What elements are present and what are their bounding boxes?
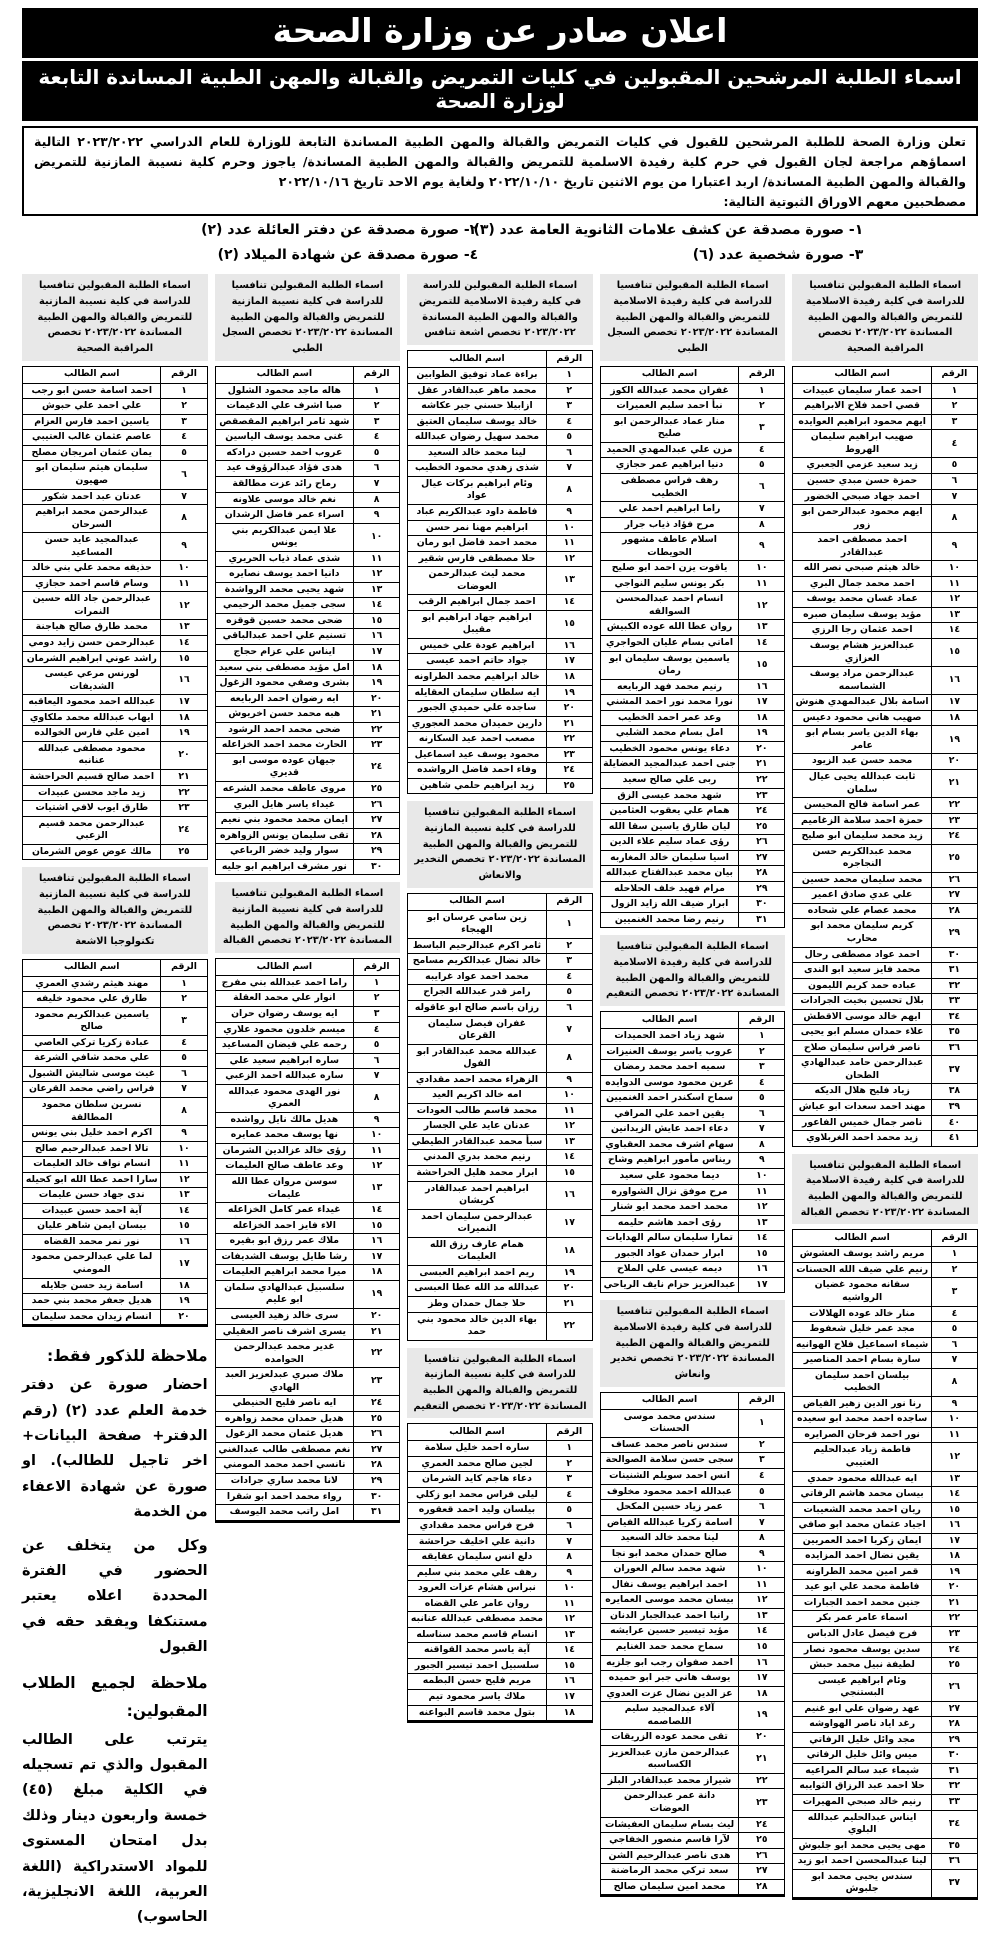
table-row: ١١احمد محمد جمال البري — [793, 576, 978, 592]
student-number: ٢٦ — [354, 797, 400, 813]
table-row: ٢٧سعد تركي محمد الرماضنة — [600, 1864, 785, 1880]
student-number: ١٦ — [546, 1181, 592, 1209]
student-name: سارا احمد عطا الله ابو كحيله — [23, 1172, 161, 1188]
student-name: اسامة بلال عبدالمهدي هنوش — [793, 695, 931, 711]
student-number: ٧ — [546, 1534, 592, 1550]
table-row: ١غفران محمد عبدالله الكوز — [600, 383, 785, 399]
student-name: ياسين احمد فارس العزام — [23, 414, 161, 430]
table-row: ٤٠ناصر جمال خميس الفاعور — [793, 1115, 978, 1131]
table-row: ١٨همام عارف رزق الله العليمات — [408, 1237, 593, 1265]
student-number: ١١ — [546, 1596, 592, 1612]
table-row: ٢٢زيد ماجد محسن عبيدات — [23, 785, 208, 801]
student-number: ٢٤ — [739, 1817, 785, 1833]
table-row: ٩رنا نور الدين زهير الفياض — [793, 1396, 978, 1412]
table-row: ٥سماح اسكندر احمد الغنميين — [600, 1091, 785, 1107]
student-number: ١٦ — [161, 1234, 207, 1250]
student-name: سندس يحيى محمد ابو جلبوش — [793, 1869, 931, 1898]
students-table: الرقماسم الطالب١مهند هيثم رشدي العمري٢طا… — [22, 959, 208, 1328]
student-name: احمد عمار سليمان عبيدات — [793, 383, 931, 399]
student-number: ١٢ — [931, 592, 977, 608]
student-number: ٩ — [739, 1546, 785, 1562]
student-name: رنيم محمد فهد الربايعه — [600, 679, 738, 695]
table-row: ١٧نورا محمد نور احمد المشني — [600, 695, 785, 711]
student-number: ١٢ — [161, 1172, 207, 1188]
table-row: ١٢فاطمة زياد عبدالحليم العتيبي — [793, 1443, 978, 1471]
table-row: ٧دعاء احمد عايش الزيدانين — [600, 1122, 785, 1138]
student-number: ٢٥ — [354, 1411, 400, 1427]
student-name: آية ياسر محمد القواقنه — [408, 1643, 546, 1659]
student-name: نور نمر محمد القضاه — [23, 1234, 161, 1250]
table-row: ١٣رانيا احمد عبدالجبار الدنان — [600, 1608, 785, 1624]
table-row: ٣ايهم محمود ابراهيم العوايده — [793, 414, 978, 430]
student-name: صالح حمدان محمد ابو نجا — [600, 1546, 738, 1562]
table-row: ٧دانية علي اخليف حراحشة — [408, 1534, 593, 1550]
student-number: ٣٨ — [931, 1084, 977, 1100]
table-row: ٤ليلى فراس محمد ابو زكلي — [408, 1487, 593, 1503]
table-row: ٦ساره ابراهيم سعيد علي — [215, 1053, 400, 1069]
name-list-columns: اسماء الطلبة المقبولين تنافسيا للدراسة ف… — [22, 274, 978, 1938]
student-number: ١٠ — [739, 1562, 785, 1578]
student-name: عمر زياد حسين المكحل — [600, 1500, 738, 1516]
student-name: شهد زياد احمد الحميدات — [600, 1029, 738, 1045]
student-name: هديل عثمان محمد الزغول — [215, 1427, 353, 1443]
table-row: ٩فاطمة داود عبدالكريم عباد — [408, 504, 593, 520]
student-name: سلسبيل عبدالهادي سلمان ابو عليم — [215, 1280, 353, 1308]
student-name: لجين صالح محمد العمري — [408, 1456, 546, 1472]
table-row: ٢٢ضحى محمد احمد الرشود — [215, 722, 400, 738]
table-row: ١٦مريم فليح حسن البطمه — [408, 1674, 593, 1690]
student-name: شهد محمد سالم العوران — [600, 1562, 738, 1578]
table-row: ٢٠سرى خالد زهيد العيسى — [215, 1308, 400, 1324]
students-table: الرقماسم الطالب١راما احمد عبدالله بني مف… — [215, 958, 401, 1523]
students-table: الرقماسم الطالب١شهد زياد احمد الحميدات٢ع… — [600, 1011, 786, 1293]
student-name: دانة عمر عبدالرحمن العوضات — [600, 1789, 738, 1817]
note-heading: ملاحظة لجميع الطلاب المقبولين: — [22, 1670, 208, 1724]
student-name: براءة عماد توفيق الطوابين — [408, 368, 546, 384]
student-number: ١ — [739, 1409, 785, 1437]
table-row: ١٨ايهاب عبدالله محمد ملكاوي — [23, 710, 208, 726]
student-number: ٣ — [546, 954, 592, 970]
table-row: ٢٢مصعب احمد عيد السكارنه — [408, 732, 593, 748]
student-name: ياقوت يزن احمد ابو صليح — [600, 561, 738, 577]
student-number: ٤ — [931, 430, 977, 458]
student-name: سفانه محمود غضيان الرواشيه — [793, 1278, 931, 1306]
student-name: علا ايمن عبدالكريم بني يونس — [215, 523, 353, 551]
student-name: عبدالرحمن حسن زايد دومي — [23, 636, 161, 652]
table-row: ١٢انسام احمد عبدالمحسن السوالقه — [600, 592, 785, 620]
student-number: ١٢ — [931, 1443, 977, 1471]
student-number: ٨ — [354, 492, 400, 508]
table-row: ٤انس احمد سويلم الشنينات — [600, 1468, 785, 1484]
table-row: ٢٣فرح فيصل عادل الدباس — [793, 1626, 978, 1642]
student-name: ثامر اكرم عبدالرحيم الباسط — [408, 938, 546, 954]
student-name: نور احمد فرحان الصرايره — [793, 1427, 931, 1443]
table-row: ٦شيماء اسماعيل فلاح الهوانيه — [793, 1337, 978, 1353]
table-row: ٦عمر زياد حسين المكحل — [600, 1500, 785, 1516]
table-row: ٢طارق علي محمود خليفه — [23, 992, 208, 1008]
student-number: ٢٥ — [931, 844, 977, 872]
student-number: ٢٤ — [161, 816, 207, 844]
student-number: ١١ — [161, 576, 207, 592]
student-name: ثابت عبدالله يحيى عيال سلمان — [793, 769, 931, 797]
student-name: فراس راضي محمد القرعان — [23, 1082, 161, 1098]
table-row: ٢٥لآرا قاسم منصور الخفاجي — [600, 1833, 785, 1849]
student-number: ١٦ — [546, 638, 592, 654]
student-number: ١٨ — [354, 660, 400, 676]
student-number: ١٦ — [739, 1655, 785, 1671]
student-name: شيماء اسماعيل فلاح الهوانيه — [793, 1337, 931, 1353]
student-name: عبدالعزيز حزام نايف الرياحي — [600, 1277, 738, 1293]
table-row: ١٤آية ياسر محمد القواقنه — [408, 1643, 593, 1659]
table-row: ٢٥مالك عوض عوض الشرمان — [23, 844, 208, 860]
student-name: مريم فليح حسن البطمه — [408, 1674, 546, 1690]
table-header-row: الرقماسم الطالب — [215, 958, 400, 975]
table-row: ٢علي احمد علي حبوش — [23, 399, 208, 415]
student-name: دانيا احمد يوسف نصايره — [215, 567, 353, 583]
student-number: ١٤ — [739, 1231, 785, 1247]
student-number: ٦ — [546, 445, 592, 461]
table-row: ٩صالح حمدان محمد ابو نجا — [600, 1546, 785, 1562]
table-header-row: الرقماسم الطالب — [215, 366, 400, 383]
section-title: اسماء الطلبة المقبولين تنافسيا للدراسة ف… — [600, 935, 786, 1006]
table-row: ٣خالد نضال عبدالكريم مسامح — [408, 954, 593, 970]
student-name: رؤى عماد سليم علاء الدين — [600, 835, 738, 851]
student-number: ٣٠ — [354, 859, 400, 875]
student-number: ٤ — [739, 1468, 785, 1484]
table-row: ١٣شهد يحيى محمد الرواشدة — [215, 582, 400, 598]
student-number: ٢٢ — [161, 785, 207, 801]
table-row: ١٤اماتي بسام عليان الحواجري — [600, 636, 785, 652]
student-number: ٩ — [931, 533, 977, 561]
column-header-name: اسم الطالب — [215, 366, 353, 383]
student-name: شيماء عبد سالم المراعيه — [793, 1763, 931, 1779]
student-name: اكرم احمد خليل بني يونس — [23, 1126, 161, 1142]
table-header-row: الرقماسم الطالب — [793, 1230, 978, 1247]
student-name: فاطمة زياد عبدالحليم العتيبي — [793, 1443, 931, 1471]
student-name: ابرار حمدان عواد الجبور — [600, 1246, 738, 1262]
table-row: ٢٩مجد وائل خليل الرفاتي — [793, 1732, 978, 1748]
student-number: ٨ — [546, 1044, 592, 1072]
student-number: ١٥ — [546, 1166, 592, 1182]
student-number: ٢٧ — [354, 1442, 400, 1458]
column-header-name: اسم الطالب — [408, 351, 546, 368]
student-name: اسماء عامر عمر بكر — [793, 1611, 931, 1627]
student-name: غفران محمد عبدالله الكوز — [600, 383, 738, 399]
student-number: ١٧ — [931, 695, 977, 711]
student-number: ٥ — [546, 1503, 592, 1519]
student-name: انوار علي محمد العقلة — [215, 991, 353, 1007]
student-number: ١٦ — [931, 667, 977, 695]
student-name: محمود مصطفى عبدالله عنانبه — [23, 741, 161, 769]
table-row: ٢لجين صالح محمد العمري — [408, 1456, 593, 1472]
table-row: ٢١حلا جمال حمدان وطز — [408, 1296, 593, 1312]
table-row: ١٢دانيا احمد يوسف نصايره — [215, 567, 400, 583]
student-number: ١٠ — [739, 561, 785, 577]
student-name: ابرار محمد هليل الحراحشة — [408, 1166, 546, 1182]
student-name: وعد عمر احمد الخطيب — [600, 710, 738, 726]
student-number: ٢٢ — [546, 1312, 592, 1340]
student-number: ٢٦ — [931, 872, 977, 888]
student-name: رؤى احمد هاشم حليمه — [600, 1215, 738, 1231]
student-number: ٨ — [546, 476, 592, 504]
student-name: زين سامي عرسان ابو الهيجاء — [408, 910, 546, 938]
student-name: رانيا احمد عبدالجبار الدنان — [600, 1608, 738, 1624]
student-number: ١٤ — [546, 1643, 592, 1659]
student-number: ٢٦ — [931, 1673, 977, 1701]
student-name: انسام احمد عبدالمحسن السوالقه — [600, 592, 738, 620]
student-name: ايناس عبدالحليم عبدالله البلوي — [793, 1810, 931, 1838]
table-row: ١٨صهيب هاني محمود دعيس — [793, 710, 978, 726]
table-row: ١٨خالد ابراهيم محمد الطراونه — [408, 670, 593, 686]
student-number: ٢١ — [354, 707, 400, 723]
student-number: ٢ — [354, 399, 400, 415]
student-name: زيد محمد احمد الغربلاوي — [793, 1131, 931, 1147]
student-name: اسراء عمر فاضل الرشدان — [215, 508, 353, 524]
student-name: ايه يوسف رضوان حران — [215, 1007, 353, 1023]
table-row: ١٥ابرار محمد هليل الحراحشة — [408, 1166, 593, 1182]
student-name: نسرين سلطان محمود المطالقة — [23, 1097, 161, 1125]
student-number: ٧ — [931, 1353, 977, 1369]
student-number: ١١ — [354, 551, 400, 567]
student-number: ٧ — [739, 1515, 785, 1531]
table-row: ٣٤ايهم خالد موسى الاقطش — [793, 1009, 978, 1025]
table-row: ١٢سارا احمد عطا الله ابو كحيله — [23, 1172, 208, 1188]
table-row: ٢٥محمد عبدالكريم حسن النجاجره — [793, 844, 978, 872]
table-row: ٦فرح فراس محمد مقدادي — [408, 1519, 593, 1535]
student-name: رماح رائد عزت مطالقة — [215, 477, 353, 493]
student-name: نانسي احمد محمد المومني — [215, 1458, 353, 1474]
table-row: ١٧رشا طايل يوسف الشديفات — [215, 1249, 400, 1265]
table-row: ٣٣رنيم خالد صبحي المهيرات — [793, 1795, 978, 1811]
table-row: ١٩قمر امين محمد الطراونه — [793, 1564, 978, 1580]
table-row: ٢٤ليث بسام سليمان العفيشات — [600, 1817, 785, 1833]
table-row: ٥محمد سهيل رضوان عبدالله — [408, 430, 593, 446]
table-row: ١١محمد قاسم طالب العودات — [408, 1103, 593, 1119]
table-row: ٢٤زيد محمد سليمان ابو صليح — [793, 829, 978, 845]
student-name: سوسن مروان عطا الله عليمات — [215, 1175, 353, 1203]
table-row: ١٨ميرا محمد ابراهيم العليمات — [215, 1265, 400, 1281]
student-name: يوسف هاني جبر ابو حميده — [600, 1671, 738, 1687]
student-number: ٣١ — [931, 963, 977, 979]
table-row: ٢٤ايه ناصر فليح الحنيطي — [215, 1396, 400, 1412]
student-number: ١٣ — [161, 1188, 207, 1204]
table-row: ١٠خالد هيثم صبحي نصر الله — [793, 561, 978, 577]
student-number: ١٣ — [354, 582, 400, 598]
table-row: ١٠تالا احمد عبدالرحيم صالح — [23, 1141, 208, 1157]
table-row: ٢٩لانا محمد ساري جرادات — [215, 1473, 400, 1489]
student-name: محمد ماهر عبدالقادر عقل — [408, 383, 546, 399]
student-number: ٦ — [161, 461, 207, 489]
student-name: صبا اشرف علي الدغيمات — [215, 399, 353, 415]
required-documents-list: ١- صورة مصدقة عن كشف علامات الثانوية الع… — [137, 218, 864, 268]
student-number: ٦ — [161, 1066, 207, 1082]
student-number: ٤ — [161, 1035, 207, 1051]
student-name: وئام ابراهيم بركات عيال عواد — [408, 476, 546, 504]
student-name: فرح فراس محمد مقدادي — [408, 1519, 546, 1535]
student-number: ٢٥ — [161, 844, 207, 860]
student-number: ٣ — [739, 1453, 785, 1469]
student-number: ٢٧ — [739, 1864, 785, 1880]
table-row: ١٣روان عطا الله عوده الكبيش — [600, 620, 785, 636]
student-name: احمد ابراهيم يوسف نفال — [600, 1577, 738, 1593]
table-row: ٢٤همام علي يعقوب العثامين — [600, 804, 785, 820]
table-row: ٢سندس ناصر محمد عساف — [600, 1437, 785, 1453]
student-number: ١ — [931, 383, 977, 399]
table-row: ١١انسام نواف خالد العليمات — [23, 1157, 208, 1173]
student-name: غيداء عمر كامل الخزاعله — [215, 1203, 353, 1219]
table-row: ١٤غيداء عمر كامل الخزاعله — [215, 1203, 400, 1219]
table-row: ٢٠ايه رضوان احمد الربايعه — [215, 691, 400, 707]
student-name: تالا احمد عبدالرحيم صالح — [23, 1141, 161, 1157]
student-name: بتول محمد قاسم البواعنه — [408, 1705, 546, 1722]
student-name: سماح محمد حمد الغنايم — [600, 1639, 738, 1655]
student-number: ١٢ — [739, 1200, 785, 1216]
student-name: راما احمد عبدالله بني مفرج — [215, 975, 353, 991]
student-name: هديل مالك نايل رواشده — [215, 1112, 353, 1128]
table-row: ٣٤ايناس عبدالحليم عبدالله البلوي — [793, 1810, 978, 1838]
student-name: احمد اسامة حسن ابو رجب — [23, 383, 161, 399]
student-number: ٢٠ — [931, 1580, 977, 1596]
student-number: ١٧ — [546, 1690, 592, 1706]
table-row: ١٤احمد عثمان رجا الرزي — [793, 623, 978, 639]
table-row: ٢٣الحارث محمد احمد الخزاعله — [215, 738, 400, 754]
table-row: ١٧اسامة بلال عبدالمهدي هنوش — [793, 695, 978, 711]
student-name: عبدالرحمن مراد يوسف الشماسمه — [793, 667, 931, 695]
table-row: ١٣مؤيد يوسف سليمان صبره — [793, 607, 978, 623]
student-name: فرح فيصل عادل الدباس — [793, 1626, 931, 1642]
table-row: ٣٥علاء حمدان مسلم ابو يحيى — [793, 1025, 978, 1041]
table-row: ٣١امل راتب محمد اليوسف — [215, 1505, 400, 1522]
student-name: رهف علي محمد بني سليم — [408, 1565, 546, 1581]
table-row: ٧راما ابراهيم احمد علي — [600, 502, 785, 518]
table-row: ٢٤عبدالرحمن محمد قسيم الزعبي — [23, 816, 208, 844]
student-number: ٥ — [931, 1322, 977, 1338]
student-name: ناصر جمال خميس الفاعور — [793, 1115, 931, 1131]
table-row: ٢٢اسماء عامر عمر بكر — [793, 1611, 978, 1627]
student-name: بكر يونس سليم النواجي — [600, 576, 738, 592]
table-row: ٨بيلسان احمد سليمان الخطيب — [793, 1368, 978, 1396]
table-row: ١٠علا ايمن عبدالكريم بني يونس — [215, 523, 400, 551]
student-number: ٢٦ — [739, 1848, 785, 1864]
table-row: ٤محمد احمد عواد غرايبه — [408, 969, 593, 985]
column-header-number: الرقم — [931, 366, 977, 383]
table-row: ٢٦هدى ناصر عبدالرحيم الشن — [600, 1848, 785, 1864]
student-number: ٢٦ — [354, 1427, 400, 1443]
table-row: ٢٦وئام ابراهيم عيسى البستنجي — [793, 1673, 978, 1701]
student-number: ٥ — [739, 1091, 785, 1107]
table-row: ١٥سلسبيل احمد تيسير الجبور — [408, 1658, 593, 1674]
student-number: ٢١ — [931, 769, 977, 797]
student-number: ١٦ — [354, 629, 400, 645]
intro-closing-line: مصطحبين معهم الاوراق الثبوتية التالية: — [34, 192, 966, 212]
student-number: ٢٣ — [354, 738, 400, 754]
table-row: ٢١هبه محمد حسن اخريوش — [215, 707, 400, 723]
table-row: ٢٤سدين يوسف محمود نصار — [793, 1642, 978, 1658]
student-number: ٨ — [161, 1097, 207, 1125]
student-number: ٢٨ — [354, 828, 400, 844]
document-item-4: ٤- صورة مصدقة عن شهادة الميلاد (٢) — [137, 243, 478, 268]
table-row: ١١روان عامر علي القضاه — [408, 1596, 593, 1612]
student-number: ٨ — [161, 505, 207, 533]
student-name: سلسبيل احمد تيسير الجبور — [408, 1658, 546, 1674]
table-row: ٢عروب ياسر يوسف العنيزات — [600, 1044, 785, 1060]
student-name: تمارا سليمان سالم الهدايات — [600, 1231, 738, 1247]
table-row: ١٥ياسمين يوسف سليمان ابو رمان — [600, 651, 785, 679]
student-number: ١٠ — [354, 1128, 400, 1144]
student-number: ١٩ — [739, 1702, 785, 1730]
table-row: ٨مرح فؤاد ذياب جرار — [600, 517, 785, 533]
table-row: ٢٣شهد محمد عيسى الزق — [600, 788, 785, 804]
student-number: ٦ — [546, 1519, 592, 1535]
table-row: ٢قصي احمد فلاح الابراهيم — [793, 399, 978, 415]
student-number: ١٦ — [161, 667, 207, 695]
table-row: ١٩بشرى وصفي محمود الزغول — [215, 676, 400, 692]
student-name: عبادة زكريا تركي العاصي — [23, 1035, 161, 1051]
table-row: ٣١شيماء عبد سالم المراعيه — [793, 1763, 978, 1779]
student-number: ٢٤ — [739, 804, 785, 820]
notes-block: ملاحظة للذكور فقط:احضار صورة عن دفتر خدم… — [22, 1343, 208, 1931]
student-name: ازابيلا حسني جبر عكاشه — [408, 399, 546, 415]
student-name: سليمان هيثم سليمان ابو صهيون — [23, 461, 161, 489]
table-row: ١٠ديما محمود علي سعيد — [600, 1169, 785, 1185]
table-row: ٢٨نانسي احمد محمد المومني — [215, 1458, 400, 1474]
student-number: ٥ — [161, 445, 207, 461]
student-name: مؤيد يوسف سليمان صبره — [793, 607, 931, 623]
table-row: ١٢محمد احمد محمد ابو شنار — [600, 1200, 785, 1216]
student-name: مرح فؤاد ذياب جرار — [600, 517, 738, 533]
table-row: ٤غنى محمد يوسف الياسين — [215, 430, 400, 446]
student-number: ٤ — [931, 1306, 977, 1322]
student-name: اسلام عاطف مشهور الحويطات — [600, 533, 738, 561]
table-row: ٨دلع انس سليمان عفايقه — [408, 1550, 593, 1566]
table-row: ٢٥مروى عاطف محمد الشرعه — [215, 781, 400, 797]
student-name: ايمان زكريا احمد العمريين — [793, 1533, 931, 1549]
table-row: ١٧عبدالرحمن سليمان احمد النميرات — [408, 1209, 593, 1237]
student-name: ابراهيم جهاد ابراهيم ابو مقيبل — [408, 610, 546, 638]
table-row: ١٣محمد ليث عبدالرحمن العوضات — [408, 567, 593, 595]
student-name: جيهان عوده موسى ابو قديري — [215, 753, 353, 781]
student-number: ٤١ — [931, 1131, 977, 1147]
student-name: مهند هيثم رشدي العمري — [23, 976, 161, 992]
column-header-number: الرقم — [354, 958, 400, 975]
student-number: ٢١ — [931, 1595, 977, 1611]
student-number: ٥ — [739, 458, 785, 474]
table-row: ٨سهام اشرف محمد العقباوي — [600, 1137, 785, 1153]
student-name: وسام قاسم احمد حجازي — [23, 576, 161, 592]
student-number: ١ — [546, 1441, 592, 1457]
student-number: ٤ — [739, 1075, 785, 1091]
table-row: ٣٧سندس يحيى محمد ابو جلبوش — [793, 1869, 978, 1898]
table-row: ٢٦محمد سليمان محمد حسين — [793, 872, 978, 888]
table-header-row: الرقماسم الطالب — [600, 366, 785, 383]
table-row: ٨نور الهدى محمود عبدالله العمري — [215, 1084, 400, 1112]
section-title: اسماء الطلبة المقبولين تنافسيا للدراسة ف… — [600, 1300, 786, 1386]
student-number: ١١ — [931, 576, 977, 592]
column-header-number: الرقم — [739, 1392, 785, 1409]
student-number: ٩ — [739, 533, 785, 561]
list-column: اسماء الطلبة المقبولين للدراسة في كلية ر… — [407, 274, 593, 1723]
table-row: ١٢بيسان محمد موسى العمايره — [600, 1593, 785, 1609]
student-name: محمد عصام علي شحاده — [793, 903, 931, 919]
table-row: ١٧يوسف هاني جبر ابو حميده — [600, 1671, 785, 1687]
student-name: عبدالرحمن محمد قسيم الزعبي — [23, 816, 161, 844]
student-name: محمود يوسف عيد اسماعيل — [408, 747, 546, 763]
student-number: ٢٥ — [354, 781, 400, 797]
table-row: ١٤تمارا سليمان سالم الهدايات — [600, 1231, 785, 1247]
student-number: ٦ — [546, 1001, 592, 1017]
table-row: ٢٠ساجده علي حميدي الجبور — [408, 701, 593, 717]
student-number: ٢٧ — [931, 888, 977, 904]
